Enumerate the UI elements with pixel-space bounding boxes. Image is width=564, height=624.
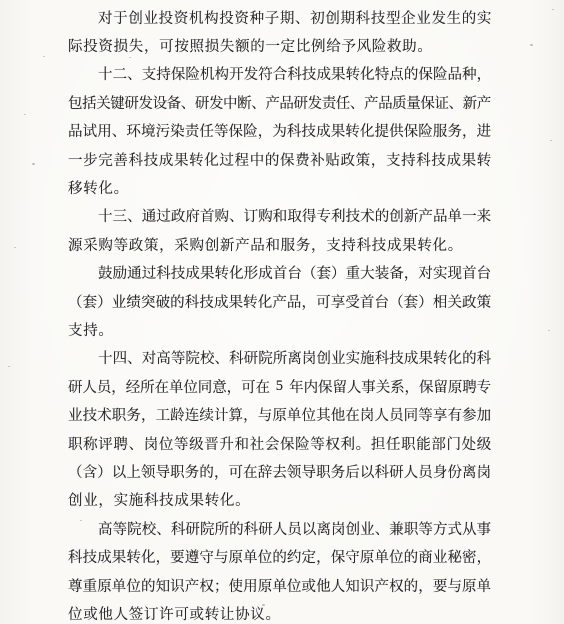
glyph: 十 [98, 63, 112, 84]
glyph: 能 [416, 433, 430, 454]
glyph: 业 [68, 404, 82, 425]
glyph: 技 [83, 546, 97, 567]
glyph: 领 [141, 461, 155, 482]
glyph: 和 [235, 433, 249, 454]
text-line: 移转化。 [68, 173, 491, 201]
glyph: 上 [126, 461, 140, 482]
glyph: 原 [229, 546, 243, 567]
glyph: 或 [302, 575, 316, 596]
glyph: 证 [434, 92, 448, 113]
glyph: 品 [279, 92, 293, 113]
glyph: 以 [360, 461, 374, 482]
glyph: 二 [113, 63, 127, 84]
glyph: 险 [243, 120, 257, 141]
glyph: ， [477, 546, 491, 567]
glyph: 给 [326, 35, 340, 56]
glyph: 转 [126, 546, 140, 567]
glyph: 取 [287, 205, 301, 226]
glyph: 创 [128, 7, 142, 28]
glyph: 重 [83, 575, 97, 596]
glyph: ， [462, 120, 476, 141]
glyph: 投 [219, 7, 233, 28]
glyph: 技 [431, 149, 445, 170]
glyph: 资 [234, 7, 248, 28]
glyph: 种 [462, 63, 476, 84]
glyph [270, 378, 275, 395]
glyph: 。 [114, 177, 128, 198]
glyph: ， [159, 234, 173, 255]
glyph: 。 [417, 35, 431, 56]
glyph: 要 [433, 575, 447, 596]
text-line: 尊重原单位的知识产权；使用原单位或他人知识产权的，要与原单 [68, 571, 491, 599]
glyph: 为 [272, 120, 286, 141]
glyph: 关 [376, 376, 390, 397]
glyph: 支 [326, 234, 340, 255]
glyph: 算 [229, 404, 243, 425]
glyph: 辞 [258, 461, 272, 482]
glyph: ； [214, 575, 228, 596]
glyph: 享 [433, 404, 447, 425]
glyph: 职 [401, 433, 415, 454]
glyph: 门 [447, 433, 461, 454]
glyph: ） [418, 291, 432, 312]
glyph: 系 [390, 376, 404, 397]
glyph: 可 [316, 291, 330, 312]
glyph: 利 [331, 205, 345, 226]
glyph: 转 [215, 262, 229, 283]
glyph: 科 [357, 234, 371, 255]
glyph: 污 [156, 120, 170, 141]
glyph: 务 [296, 234, 310, 255]
glyph: 、 [295, 7, 309, 28]
glyph: 得 [302, 205, 316, 226]
glyph: 新 [220, 234, 234, 255]
glyph: 要 [170, 546, 184, 567]
glyph: 技 [159, 489, 173, 510]
glyph: 用 [97, 120, 111, 141]
glyph: 过 [142, 262, 156, 283]
glyph: 科 [68, 546, 82, 567]
glyph: 发 [431, 7, 445, 28]
glyph: 资 [98, 35, 112, 56]
glyph: 购 [98, 234, 112, 255]
text-line: 源采购等政策，采购创新产品和服务，支持科技成果转化。 [68, 230, 491, 258]
glyph: 务 [126, 404, 140, 425]
glyph: 备 [389, 262, 403, 283]
glyph: 。 [265, 603, 279, 624]
glyph: 新 [404, 205, 418, 226]
glyph: 十 [98, 205, 112, 226]
glyph: 协 [235, 603, 249, 624]
text-line: 包括关键研发设备、研发中断、产品研发责任、产品质量保证、新产 [68, 88, 491, 116]
text-line: 位或他人签订许可或转让协议。 [68, 599, 491, 624]
glyph: 权 [199, 575, 213, 596]
glyph: 中 [250, 149, 264, 170]
glyph: ， [98, 489, 112, 510]
glyph: 购 [215, 205, 229, 226]
glyph: 来 [477, 205, 491, 226]
glyph: 按 [174, 35, 188, 56]
glyph: 享 [331, 291, 345, 312]
glyph: 识 [170, 575, 184, 596]
glyph: （ [68, 291, 82, 312]
glyph: 果 [331, 63, 345, 84]
glyph: 的 [170, 291, 184, 312]
glyph: 化 [360, 120, 374, 141]
glyph: 政 [341, 149, 355, 170]
glyph: 产 [477, 92, 491, 113]
glyph: 成 [316, 63, 330, 84]
glyph: 职 [68, 433, 82, 454]
glyph: 形 [244, 262, 258, 283]
glyph: 果 [174, 149, 188, 170]
glyph: 员 [389, 404, 403, 425]
glyph: 转 [205, 489, 219, 510]
glyph: 所 [140, 376, 154, 397]
scan-speck [550, 140, 552, 141]
glyph: 机 [189, 7, 203, 28]
glyph: 签 [129, 603, 143, 624]
glyph: ） [97, 291, 111, 312]
glyph: 步 [83, 149, 97, 170]
glyph: 府 [185, 205, 199, 226]
glyph: 年 [289, 376, 303, 397]
glyph: 位 [258, 546, 272, 567]
glyph: 的 [199, 461, 213, 482]
glyph: 留 [332, 376, 346, 397]
text-line: 品试用、环境污染责任等保险，为科技成果转化提供保险服务，进 [68, 117, 491, 145]
glyph: 的 [141, 575, 155, 596]
glyph: 成 [97, 546, 111, 567]
glyph [284, 378, 289, 395]
glyph: 工 [156, 404, 170, 425]
glyph: 实 [477, 7, 491, 28]
glyph: 种 [250, 7, 264, 28]
glyph: 风 [357, 35, 371, 56]
glyph: 、 [229, 205, 243, 226]
glyph: 台 [287, 262, 301, 283]
glyph: 量 [406, 92, 420, 113]
glyph: 等 [114, 234, 128, 255]
glyph: 转 [243, 291, 257, 312]
glyph: 服 [433, 120, 447, 141]
glyph: 业 [433, 546, 447, 567]
glyph: 果 [331, 120, 345, 141]
glyph: 策 [356, 149, 370, 170]
glyph: 支 [68, 319, 82, 340]
glyph: 利 [341, 433, 355, 454]
glyph: 定 [281, 35, 295, 56]
glyph: 机 [200, 63, 214, 84]
glyph: 可 [174, 603, 188, 624]
glyph: 、 [215, 347, 229, 368]
glyph: 产 [374, 575, 388, 596]
glyph: 事 [477, 518, 491, 539]
glyph: 、 [127, 205, 141, 226]
glyph: 参 [462, 404, 476, 425]
text-line: 十四、对高等院校、科研院所离岗创业实施科技成果转化的科 [68, 344, 491, 372]
glyph: 任 [199, 120, 213, 141]
glyph: 险 [418, 120, 432, 141]
glyph: 等 [418, 404, 432, 425]
scan-speck [80, 520, 82, 521]
glyph: 化 [433, 234, 447, 255]
glyph: 额 [235, 35, 249, 56]
glyph: 成 [159, 149, 173, 170]
glyph: 业 [331, 347, 345, 368]
glyph: 品 [448, 63, 462, 84]
glyph: ， [141, 404, 155, 425]
glyph: ， [258, 120, 272, 141]
glyph: 在 [243, 461, 257, 482]
glyph: 院 [185, 347, 199, 368]
glyph: 一 [265, 35, 279, 56]
glyph: 单 [287, 404, 301, 425]
glyph: 化 [448, 347, 462, 368]
glyph: 、 [449, 92, 463, 113]
glyph: 可 [159, 35, 173, 56]
glyph: 科 [287, 63, 301, 84]
glyph: 技 [302, 120, 316, 141]
glyph: 期 [280, 7, 294, 28]
glyph: 套 [316, 262, 330, 283]
glyph: ， [477, 63, 491, 84]
glyph: 单 [374, 546, 388, 567]
glyph: ， [311, 234, 325, 255]
glyph: 导 [156, 461, 170, 482]
glyph: 保 [171, 63, 185, 84]
glyph: 发 [138, 92, 152, 113]
glyph: 转 [417, 234, 431, 255]
glyph: 位 [302, 404, 316, 425]
glyph: 化 [141, 546, 155, 567]
glyph: 技 [302, 63, 316, 84]
glyph: 技 [171, 262, 185, 283]
glyph: 权 [389, 575, 403, 596]
glyph: 专 [477, 376, 491, 397]
glyph: 果 [112, 546, 126, 567]
text-line: 高等院校、科研院所的科研人员以离岗创业、兼职等方式从事 [68, 514, 491, 542]
glyph: 晋 [204, 433, 218, 454]
glyph: ） [331, 262, 345, 283]
glyph: 在 [345, 404, 359, 425]
glyph: 对 [98, 7, 112, 28]
glyph: 购 [258, 205, 272, 226]
glyph: 现 [448, 262, 462, 283]
glyph: 保 [280, 149, 294, 170]
glyph: 以 [112, 461, 126, 482]
glyph: 台 [374, 291, 388, 312]
glyph: 科 [374, 461, 388, 482]
glyph: 的 [265, 149, 279, 170]
glyph: 保 [418, 63, 432, 84]
glyph: 包 [68, 92, 82, 113]
glyph: 环 [126, 120, 140, 141]
glyph: 策 [477, 291, 491, 312]
glyph: 研 [294, 92, 308, 113]
glyph: 计 [214, 404, 228, 425]
glyph: 同 [404, 404, 418, 425]
text-line: 支持。 [68, 315, 491, 343]
scan-speck [262, 604, 265, 606]
glyph: 首 [273, 262, 287, 283]
glyph: 失 [220, 35, 234, 56]
glyph: 完 [98, 149, 112, 170]
glyph: 人 [114, 603, 128, 624]
glyph: 比 [296, 35, 310, 56]
glyph: 助 [402, 35, 416, 56]
glyph: ， [111, 376, 125, 397]
glyph: 的 [229, 518, 243, 539]
glyph: 品 [250, 234, 264, 255]
glyph: 供 [389, 120, 403, 141]
glyph: 秘 [447, 546, 461, 567]
glyph: 持 [83, 319, 97, 340]
glyph: 续 [199, 404, 213, 425]
glyph: 染 [170, 120, 184, 141]
glyph: 意 [212, 376, 226, 397]
glyph: 岗 [477, 461, 491, 482]
glyph: 技 [346, 205, 360, 226]
glyph: 对 [142, 347, 156, 368]
glyph: 校 [200, 347, 214, 368]
glyph: 生 [447, 7, 461, 28]
glyph: 级 [189, 433, 203, 454]
glyph: 研 [258, 518, 272, 539]
glyph: ， [405, 376, 419, 397]
glyph: （ [389, 291, 403, 312]
glyph: 的 [272, 546, 286, 567]
glyph: 保 [404, 120, 418, 141]
scan-speck [548, 330, 550, 331]
glyph: 支 [386, 149, 400, 170]
glyph: 技 [389, 347, 403, 368]
glyph: 化 [204, 149, 218, 170]
glyph: 转 [433, 347, 447, 368]
glyph: 发 [209, 92, 223, 113]
glyph: 等 [113, 518, 127, 539]
glyph: 与 [214, 546, 228, 567]
glyph: 际 [68, 35, 82, 56]
glyph: 社 [250, 433, 264, 454]
glyph: 同 [198, 376, 212, 397]
glyph: 子 [265, 7, 279, 28]
glyph: 创 [346, 518, 360, 539]
glyph: 持 [156, 63, 170, 84]
glyph: 突 [141, 291, 155, 312]
scan-speck [129, 57, 131, 58]
glyph: 台 [477, 262, 491, 283]
glyph: 高 [156, 347, 170, 368]
glyph: 转 [345, 120, 359, 141]
glyph: 研 [389, 461, 403, 482]
glyph: 份 [447, 461, 461, 482]
text-line: 业技术职务，工龄连续计算，与原单位其他在岗人员同等享有参加 [68, 400, 491, 428]
glyph: 程 [235, 149, 249, 170]
glyph: 遵 [185, 546, 199, 567]
glyph: 科 [171, 518, 185, 539]
glyph: 业 [360, 518, 374, 539]
glyph: 化 [220, 489, 234, 510]
glyph: 定 [302, 546, 316, 567]
glyph: 质 [392, 92, 406, 113]
glyph: 任 [386, 433, 400, 454]
glyph: 善 [113, 149, 127, 170]
glyph: 原 [448, 376, 462, 397]
glyph: 业 [83, 489, 97, 510]
glyph: 关 [447, 291, 461, 312]
glyph: 订 [144, 603, 158, 624]
glyph: ， [404, 262, 418, 283]
glyph: 以 [302, 518, 316, 539]
glyph: 可 [241, 376, 255, 397]
glyph: 费 [295, 149, 309, 170]
glyph: 领 [287, 461, 301, 482]
glyph: 发 [308, 92, 322, 113]
glyph: 议 [250, 603, 264, 624]
glyph: 职 [170, 461, 184, 482]
glyph: 成 [214, 291, 228, 312]
glyph: 十 [98, 347, 112, 368]
glyph: 。 [448, 234, 462, 255]
glyph: 权 [325, 433, 339, 454]
scan-speck [32, 163, 35, 165]
glyph: 果 [418, 347, 432, 368]
glyph: 实 [346, 347, 360, 368]
glyph: 损 [114, 35, 128, 56]
glyph: 任 [336, 92, 350, 113]
glyph: 贴 [325, 149, 339, 170]
glyph: 原 [97, 575, 111, 596]
glyph: 成 [404, 347, 418, 368]
glyph: 或 [83, 603, 97, 624]
glyph: 实 [433, 262, 447, 283]
glyph: ， [243, 404, 257, 425]
document-text-block: 对于创业投资机构投资种子期、初创期科技型企业发生的实际投资损失，可按照损失额的一… [68, 3, 491, 624]
glyph: 政 [171, 205, 185, 226]
glyph: 技 [144, 149, 158, 170]
glyph: 位 [126, 575, 140, 596]
glyph: 保 [280, 433, 294, 454]
glyph: 担 [371, 433, 385, 454]
glyph: 可 [229, 461, 243, 482]
glyph: 、 [129, 433, 143, 454]
glyph: 品 [378, 92, 392, 113]
glyph: 重 [346, 262, 360, 283]
glyph: 位 [159, 433, 173, 454]
glyph: 投 [159, 7, 173, 28]
glyph: 转 [477, 149, 491, 170]
glyph: 鼓 [98, 262, 112, 283]
glyph: 院 [200, 518, 214, 539]
glyph: 构 [215, 63, 229, 84]
glyph: 的 [250, 35, 264, 56]
glyph: 部 [431, 433, 445, 454]
text-line: 鼓励通过科技成果转化形成首台（套）重大装备，对实现首台 [68, 259, 491, 287]
glyph: 科 [156, 262, 170, 283]
glyph: 保 [419, 376, 433, 397]
scan-speck [552, 9, 554, 10]
glyph: 守 [345, 546, 359, 567]
scan-speck [530, 44, 533, 46]
glyph: 品 [68, 120, 82, 141]
glyph: 套 [83, 291, 97, 312]
glyph: 尊 [68, 575, 82, 596]
glyph: 所 [273, 347, 287, 368]
text-line: （含）以上领导职务的，可在辞去领导职务后以科研人员身份离岗 [68, 457, 491, 485]
glyph: 术 [360, 205, 374, 226]
glyph: 中 [223, 92, 237, 113]
